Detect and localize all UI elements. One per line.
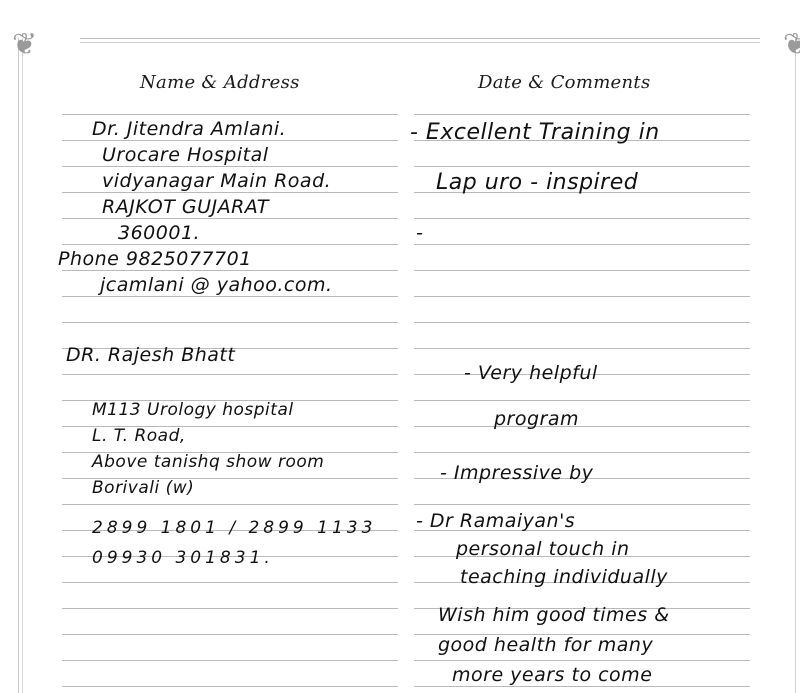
entry-2-comment-line: - Very helpful xyxy=(464,362,598,384)
ornamental-top-border xyxy=(80,38,760,43)
ruled-line xyxy=(62,166,398,167)
entry-2-comment-line: good health for many xyxy=(438,634,653,656)
entry-2-phone: 2899 1801 / 2899 1133 xyxy=(92,518,376,538)
ruled-line xyxy=(414,114,750,115)
entry-1-address-line: 360001. xyxy=(118,222,200,244)
entry-1-address-line: vidyanagar Main Road. xyxy=(102,170,331,192)
ruled-line xyxy=(62,608,398,609)
heading-date-comments: Date & Comments xyxy=(478,72,650,93)
entry-2-mobile: 09930 301831. xyxy=(92,548,274,568)
ruled-line xyxy=(414,166,750,167)
entry-2-comment-line: teaching individually xyxy=(460,566,668,588)
heading-name-address: Name & Address xyxy=(140,72,300,93)
floral-ornament-icon: ❦ xyxy=(748,30,800,120)
floral-ornament-icon: ❦ xyxy=(12,30,72,120)
ruled-line xyxy=(62,634,398,635)
ruled-line xyxy=(414,270,750,271)
page-border-right xyxy=(795,38,798,693)
entry-2-address-line: M113 Urology hospital xyxy=(92,400,294,420)
entry-1-name: Dr. Jitendra Amlani. xyxy=(92,118,286,140)
ruled-line xyxy=(62,270,398,271)
ruled-line xyxy=(62,140,398,141)
ruled-line xyxy=(62,504,398,505)
ruled-line xyxy=(62,218,398,219)
ruled-line xyxy=(414,504,750,505)
ruled-line xyxy=(414,296,750,297)
ruled-line xyxy=(414,426,750,427)
ruled-line xyxy=(62,114,398,115)
ruled-line xyxy=(62,296,398,297)
entry-2-comment-line: - Dr Ramaiyan's xyxy=(416,510,575,532)
entry-2-address-line: Borivali (w) xyxy=(92,478,194,498)
ruled-line xyxy=(62,582,398,583)
page-border-left xyxy=(18,38,23,693)
ruled-line xyxy=(414,348,750,349)
ruled-line xyxy=(62,374,398,375)
entry-2-comment-line: more years to come xyxy=(452,664,652,686)
entry-2-comment-line: program xyxy=(494,408,579,430)
ruled-line xyxy=(414,660,750,661)
ruled-line xyxy=(414,686,750,687)
ruled-line xyxy=(62,686,398,687)
entry-1-comment-line: - xyxy=(416,222,423,244)
entry-2-address-line: Above tanishq show room xyxy=(92,452,324,472)
ruled-line xyxy=(62,192,398,193)
entry-2-name: DR. Rajesh Bhatt xyxy=(66,344,235,366)
entry-2-comment-line: Wish him good times & xyxy=(438,604,670,626)
ruled-line xyxy=(62,244,398,245)
ruled-line xyxy=(62,660,398,661)
ruled-line xyxy=(414,400,750,401)
entry-1-address-line: RAJKOT GUJARAT xyxy=(102,196,269,218)
entry-2-address-line: L. T. Road, xyxy=(92,426,186,446)
entry-1-comment-line: Lap uro - inspired xyxy=(436,170,638,195)
ruled-line xyxy=(414,218,750,219)
ruled-line xyxy=(414,322,750,323)
entry-1-phone: Phone 9825077701 xyxy=(58,248,252,270)
entry-1-email: jcamlani @ yahoo.com. xyxy=(100,274,333,296)
ruled-line xyxy=(62,322,398,323)
entry-1-address-line: Urocare Hospital xyxy=(102,144,269,166)
entry-2-comment-line: personal touch in xyxy=(456,538,630,560)
ruled-line xyxy=(414,452,750,453)
ruled-line xyxy=(414,244,750,245)
entry-2-comment-line: - Impressive by xyxy=(440,462,593,484)
entry-1-comment-line: - Excellent Training in xyxy=(410,120,660,145)
